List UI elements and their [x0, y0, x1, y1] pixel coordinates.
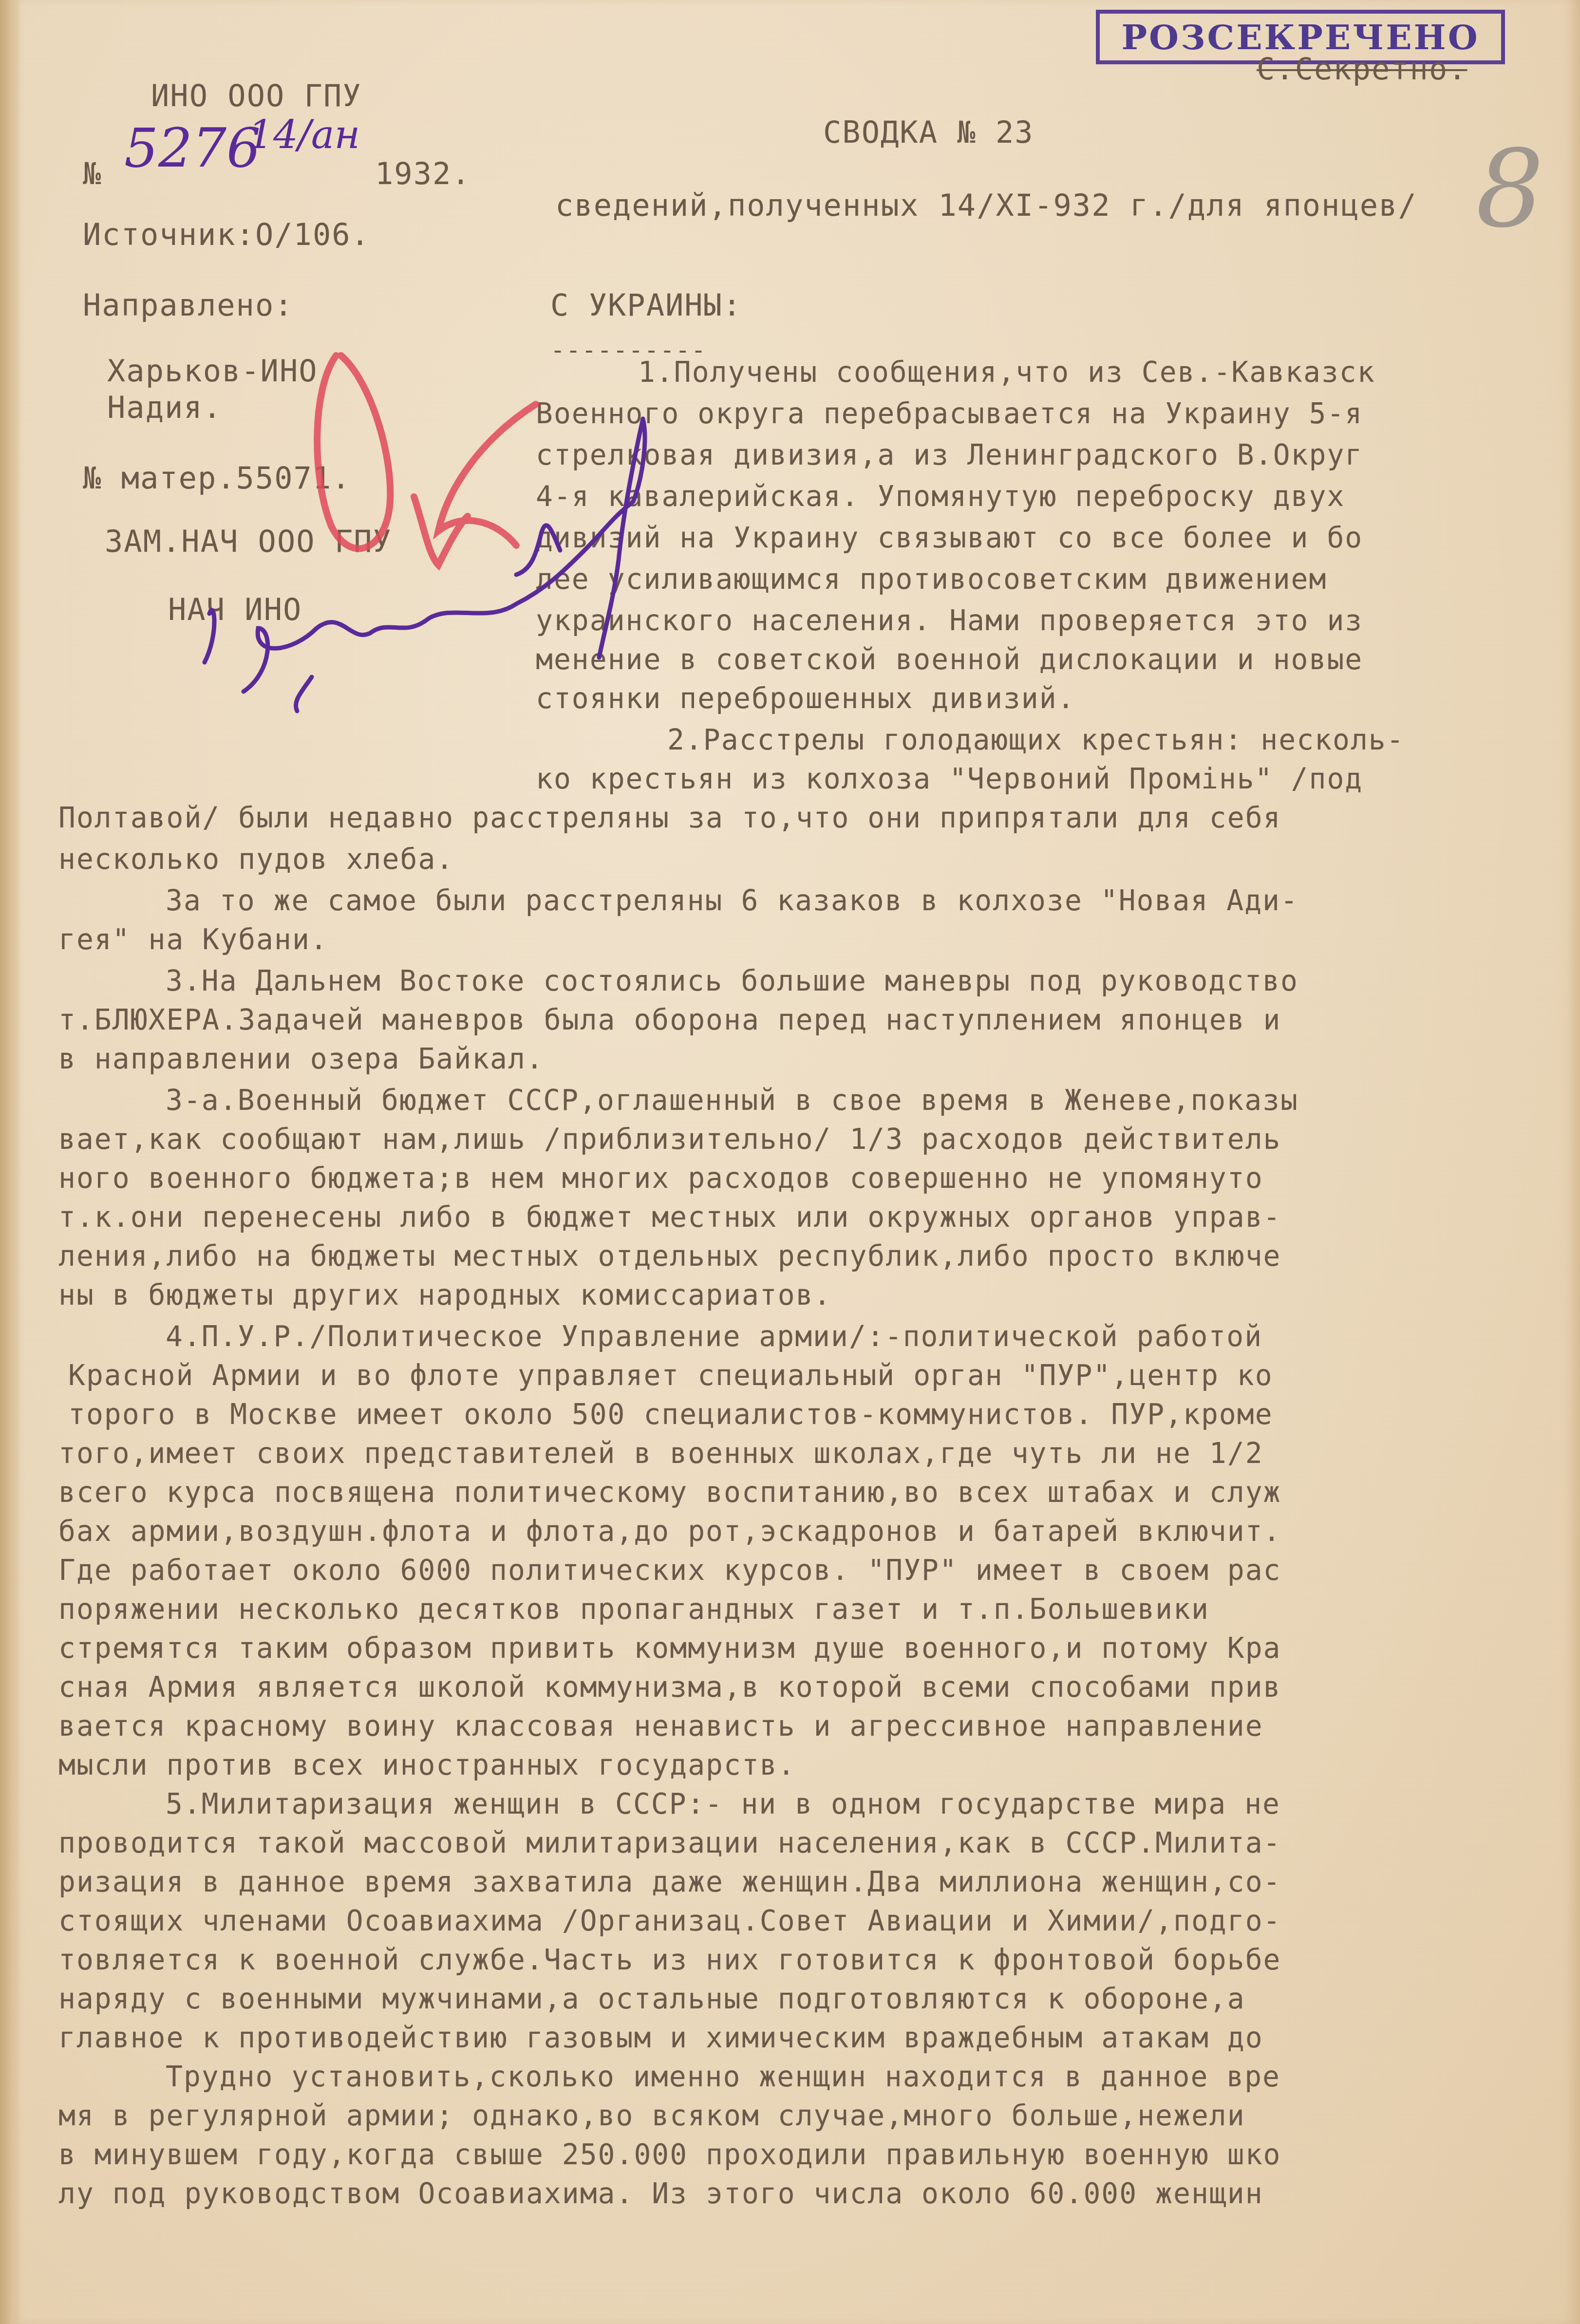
red-pencil-mark-icon — [317, 356, 536, 565]
purple-signature-icon — [205, 419, 645, 711]
handwritten-annotations — [0, 0, 1580, 2324]
archival-document-page: РОЗСЕКРЕЧЕНО С.Секретно. 8 ИНО ООО ГПУ №… — [0, 0, 1580, 2324]
